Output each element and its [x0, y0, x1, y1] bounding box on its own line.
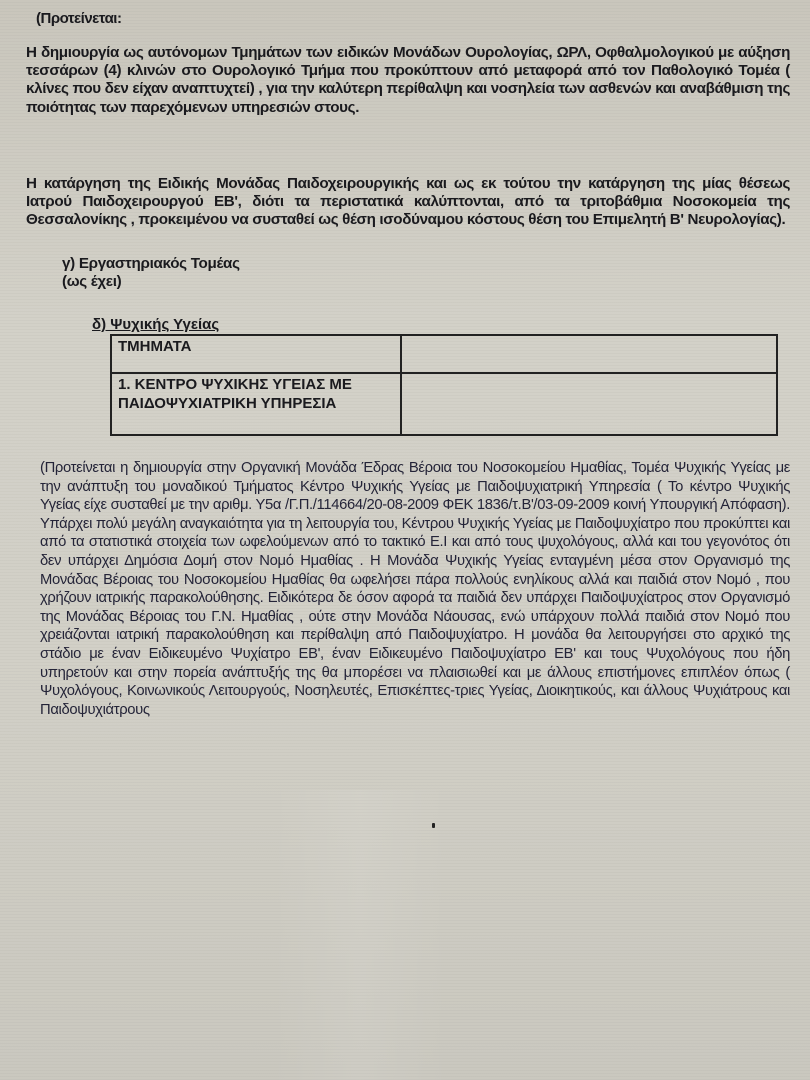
photo-glare [270, 790, 450, 1080]
speck-mark [432, 823, 435, 828]
paragraph-pediatric-surgery-abolition: Η κατάργηση της Ειδικής Μονάδας Παιδοχει… [26, 175, 790, 230]
table-cell [401, 373, 777, 435]
subsection-laboratory-note: (ως έχει) [62, 273, 121, 290]
paragraph-mental-health-center: (Προτείνεται η δημιουργία στην Οργανική … [40, 459, 790, 719]
table-header-cell: ΤΜΗΜΑΤΑ [111, 335, 401, 373]
table-row: 1. ΚΕΝΤΡΟ ΨΥΧΙΚΗΣ ΥΓΕΙΑΣ ΜΕ ΠΑΙΔΟΨΥΧΙΑΤΡ… [111, 373, 777, 435]
table-cell: 1. ΚΕΝΤΡΟ ΨΥΧΙΚΗΣ ΥΓΕΙΑΣ ΜΕ ΠΑΙΔΟΨΥΧΙΑΤΡ… [111, 373, 401, 435]
proposal-heading: (Προτείνεται: [36, 10, 121, 27]
table-header-cell [401, 335, 777, 373]
subsection-laboratory-sector: γ) Εργαστηριακός Τομέας [62, 255, 240, 272]
subsection-mental-health: δ) Ψυχικής Υγείας [92, 316, 219, 333]
paragraph-departments-creation: Η δημιουργία ως αυτόνομων Τμημάτων των ε… [26, 44, 790, 117]
document-page: (Προτείνεται: Η δημιουργία ως αυτόνομων … [0, 0, 810, 1080]
table-header-row: ΤΜΗΜΑΤΑ [111, 335, 777, 373]
departments-table: ΤΜΗΜΑΤΑ 1. ΚΕΝΤΡΟ ΨΥΧΙΚΗΣ ΥΓΕΙΑΣ ΜΕ ΠΑΙΔ… [110, 334, 778, 436]
